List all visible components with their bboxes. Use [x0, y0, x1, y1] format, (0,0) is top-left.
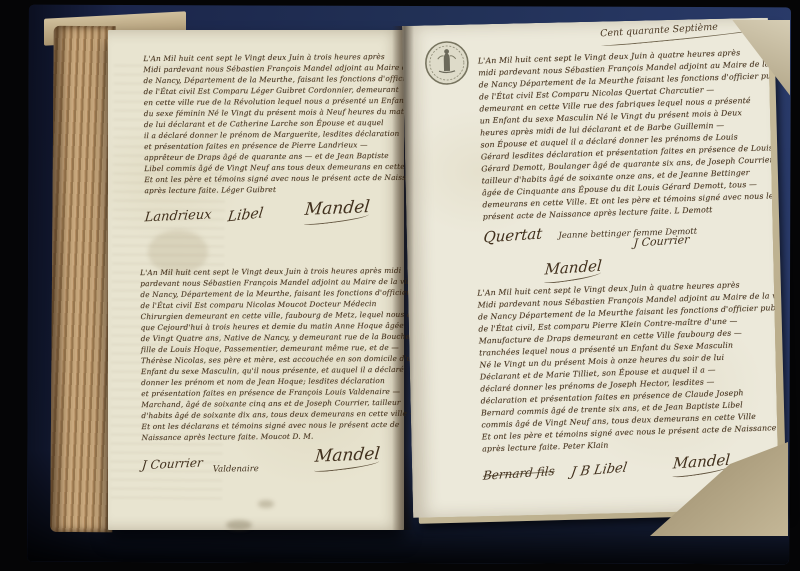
birth-act-hoque: L'An Mil huit cent sept le Vingt deux Ju… [140, 265, 408, 471]
signature: J B Libel [570, 460, 628, 480]
act-text: L'An Mil huit cent sept le Vingt deux Ju… [477, 279, 762, 456]
left-page: L'An Mil huit cent sept le Vingt deux Ju… [108, 30, 404, 530]
signature-row: QuertatJeanne bettinger femme DemottJ Co… [483, 219, 761, 284]
act-text: L'An Mil huit cent sept le Vingt deux Ju… [143, 51, 406, 196]
foxing-spot [226, 520, 252, 530]
signature: Mandel [544, 257, 603, 283]
signature: J Courrier [633, 233, 690, 250]
signature: Libel [227, 205, 264, 225]
signature: Mandel [314, 444, 381, 471]
foxing-spot [258, 500, 274, 508]
signature: Valdenaire [213, 464, 259, 474]
act-text: L'An Mil huit cent sept le Vingt deux Ju… [478, 47, 759, 224]
signature-row: LandrieuxLibelMandel [145, 198, 407, 224]
signature: Mandel [304, 197, 371, 224]
page-edge-stack [50, 26, 116, 532]
register-photo: L'An Mil huit cent sept le Vingt deux Ju… [0, 0, 800, 571]
manuscript-line: après lecture faite. Léger Guibret [144, 183, 406, 196]
birth-act-guibret: L'An Mil huit cent sept le Vingt deux Ju… [143, 51, 406, 224]
manuscript-line: Naissance après lecture faite. Moucot D.… [142, 430, 408, 443]
signature: Quertat [483, 224, 543, 246]
birth-act-klein: L'An Mil huit cent sept le Vingt deux Ju… [477, 279, 763, 482]
birth-act-quertat: L'An Mil huit cent sept le Vingt deux Ju… [478, 47, 761, 284]
book-gutter-shadow [392, 26, 414, 530]
act-text: L'An Mil huit cent sept le Vingt deux Ju… [140, 265, 408, 443]
signature: Bernard fils [483, 464, 556, 483]
right-page: Cent quarante Septième L'An Mil huit cen… [402, 18, 779, 518]
signature: Landrieux [144, 207, 212, 225]
embossed-stamp-icon [422, 38, 471, 87]
signature: J Courrier [141, 456, 203, 473]
signature-row: J CourrierValdenaireMandel [142, 445, 408, 471]
